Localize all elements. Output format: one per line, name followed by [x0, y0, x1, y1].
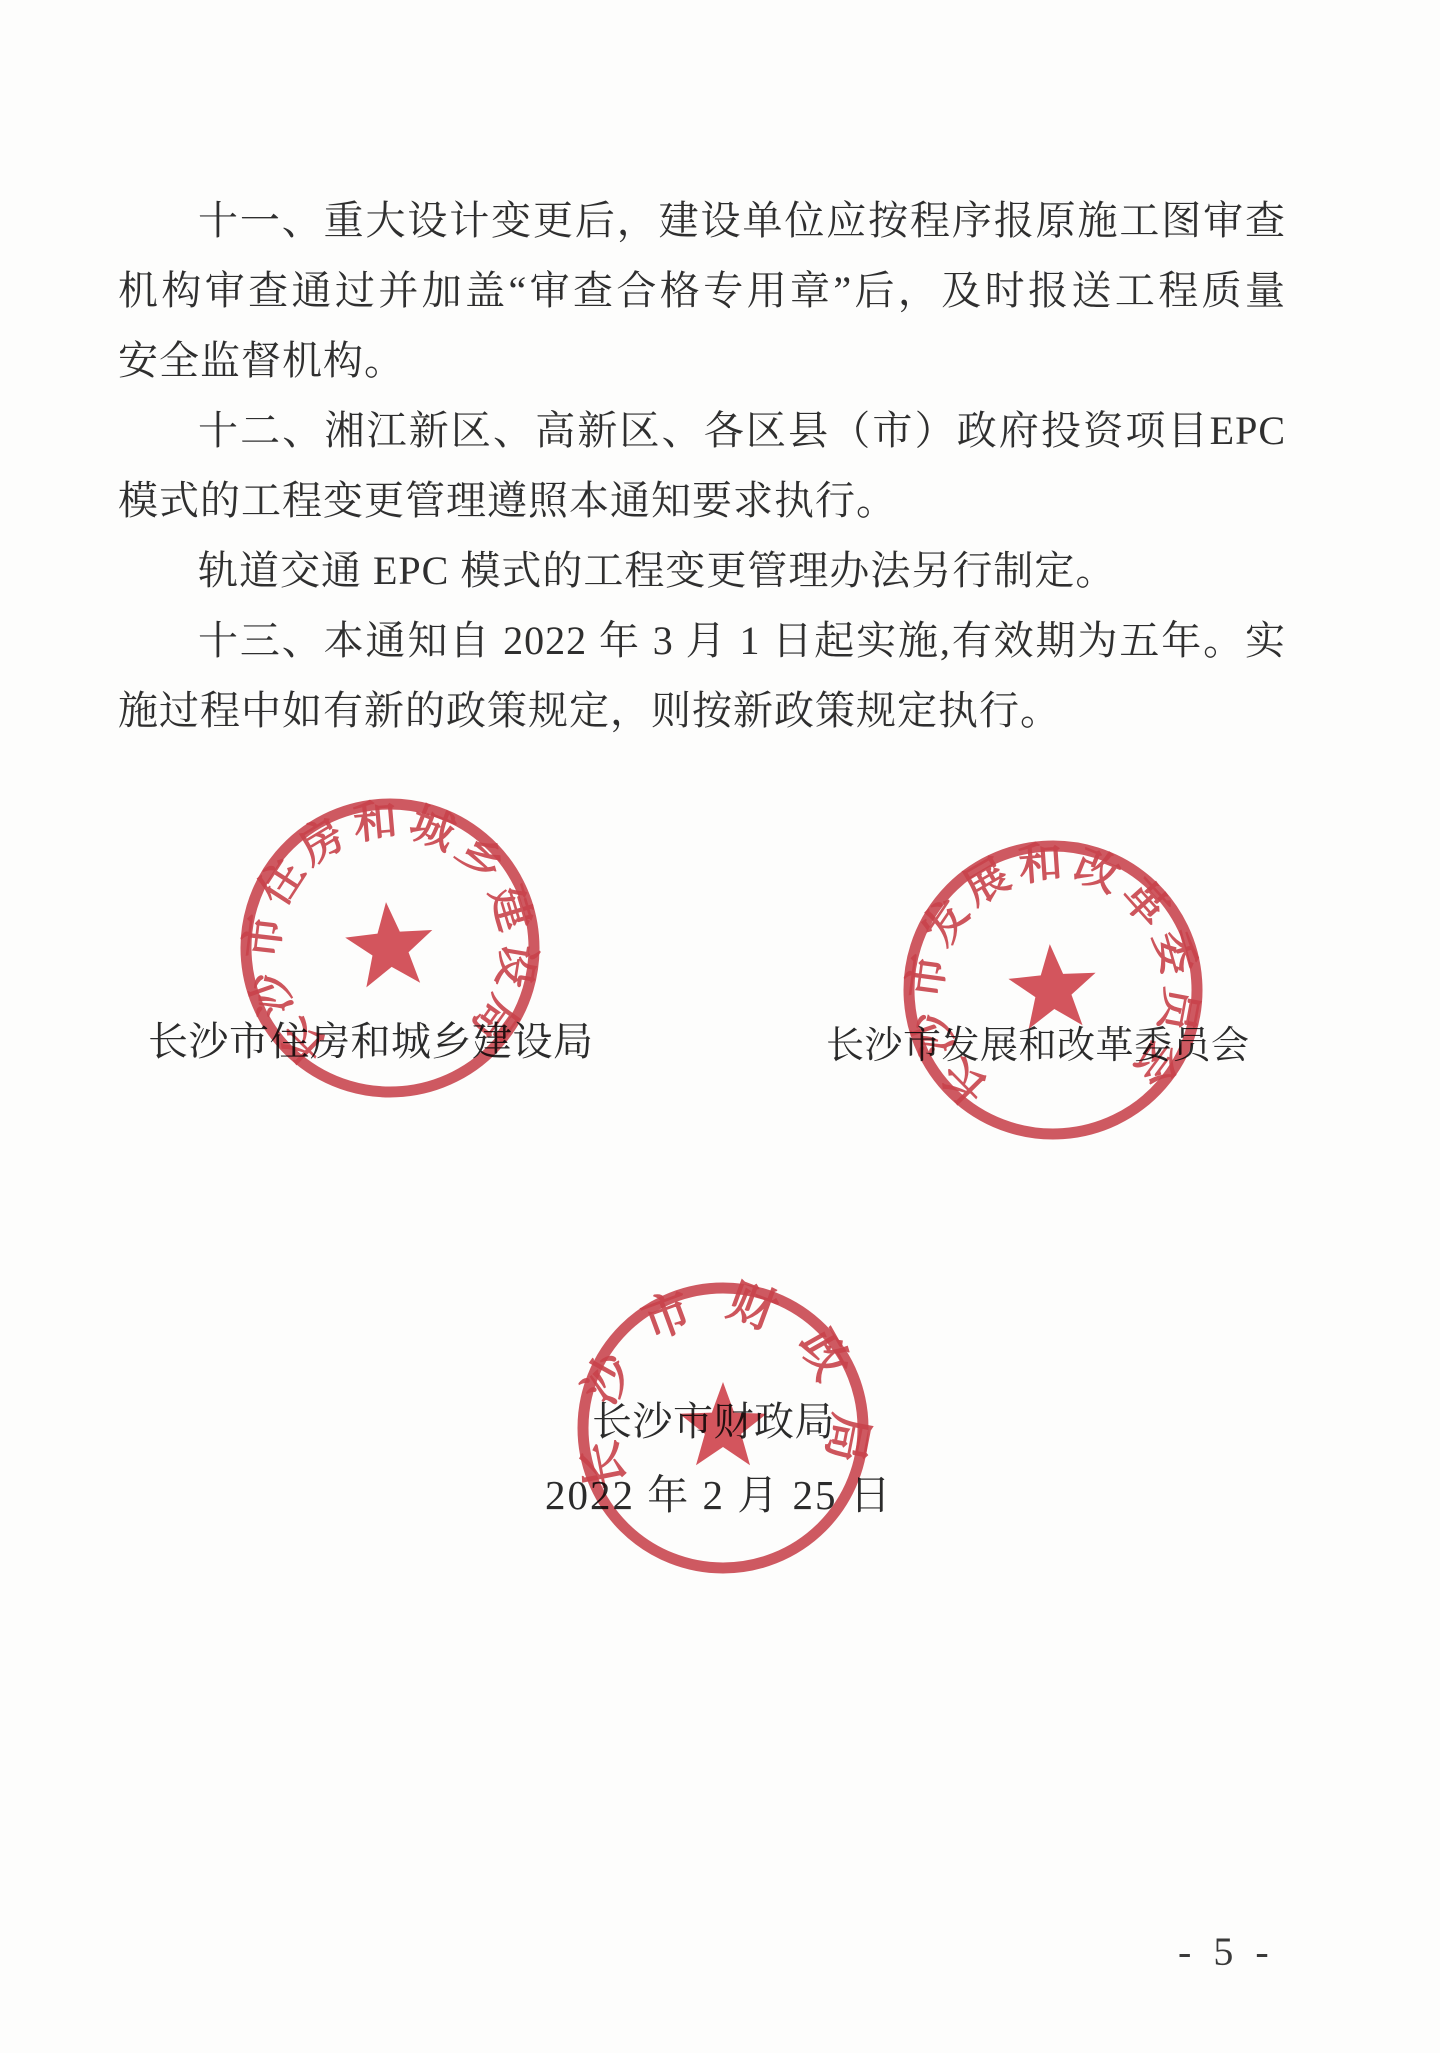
seal-development-commission: 长沙市发展和改革委员会 — [882, 819, 1224, 1161]
text-line: 机构审查通过并加盖“审查合格专用章”后，及时报送工程质量 — [118, 256, 1286, 326]
star-icon — [1006, 941, 1099, 1030]
text-line: 十二、湘江新区、高新区、各区县（市）政府投资项目EPC — [118, 396, 1286, 466]
text-line: 十一、重大设计变更后，建设单位应按程序报原施工图审查 — [118, 186, 1286, 256]
paragraph-11: 十一、重大设计变更后，建设单位应按程序报原施工图审查 机构审查通过并加盖“审查合… — [118, 186, 1286, 396]
seal-housing-bureau: 长沙市住房和城乡建设局 — [217, 775, 564, 1122]
paragraph-rail-transit: 轨道交通 EPC 模式的工程变更管理办法另行制定。 — [118, 536, 1286, 606]
text-line: 安全监督机构。 — [118, 326, 1286, 396]
star-icon — [679, 1382, 766, 1465]
text-line: 轨道交通 EPC 模式的工程变更管理办法另行制定。 — [118, 536, 1286, 606]
paragraph-13: 十三、本通知自 2022 年 3 月 1 日起实施,有效期为五年。实 施过程中如… — [118, 606, 1286, 746]
text-line: 十三、本通知自 2022 年 3 月 1 日起实施,有效期为五年。实 — [118, 606, 1286, 676]
page-number: - 5 - — [1178, 1928, 1275, 1975]
text-line: 施过程中如有新的政策规定，则按新政策规定执行。 — [118, 676, 1286, 746]
seal-finance-bureau: 长沙市财政局 — [568, 1273, 878, 1583]
official-seal-stamp: 长沙市发展和改革委员会 — [882, 819, 1224, 1161]
official-seal-stamp: 长沙市住房和城乡建设局 — [217, 775, 564, 1122]
paragraph-12: 十二、湘江新区、高新区、各区县（市）政府投资项目EPC 模式的工程变更管理遵照本… — [118, 396, 1286, 536]
official-seal-stamp: 长沙市财政局 — [568, 1273, 878, 1583]
star-icon — [342, 898, 436, 989]
text-line: 模式的工程变更管理遵照本通知要求执行。 — [118, 466, 1286, 536]
notice-body: 十一、重大设计变更后，建设单位应按程序报原施工图审查 机构审查通过并加盖“审查合… — [118, 186, 1286, 746]
document-page: 十一、重大设计变更后，建设单位应按程序报原施工图审查 机构审查通过并加盖“审查合… — [0, 0, 1440, 2053]
